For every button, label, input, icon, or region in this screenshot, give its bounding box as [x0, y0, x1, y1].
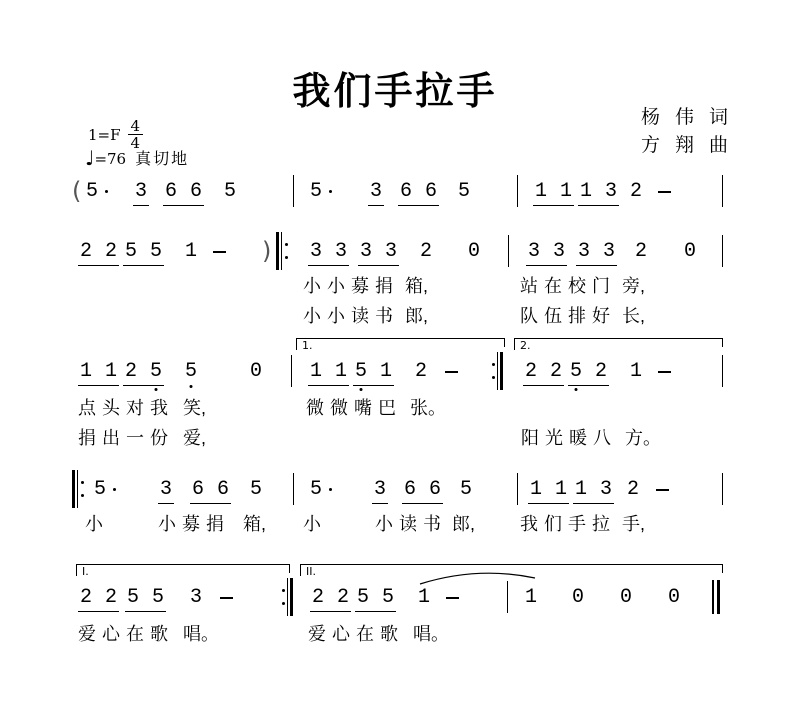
duration-dash — [656, 489, 669, 491]
lyric-text: 队伍排好 — [520, 302, 616, 328]
beam-group: 52 — [568, 360, 609, 386]
repeat-end-barline — [492, 352, 506, 390]
note: 0 — [684, 240, 696, 264]
note: 0 — [620, 586, 632, 610]
barline — [517, 175, 518, 207]
barline — [722, 355, 723, 387]
note: 5 — [382, 586, 394, 610]
parenthesis: ( — [72, 177, 81, 205]
beam-group: 25 — [123, 360, 164, 386]
beam-group: 11 — [78, 360, 119, 386]
note: 3 — [135, 180, 147, 204]
beam-group: 33 — [526, 240, 567, 266]
volta-left-tick — [514, 339, 515, 350]
volta-right-tick — [504, 339, 505, 347]
volta-left-tick — [300, 565, 301, 576]
volta-right-tick — [289, 565, 290, 573]
lyric-text: 站在校门 — [520, 272, 616, 298]
beam-group: 3 — [133, 180, 149, 206]
note: 1 — [575, 478, 587, 502]
note: 2 — [105, 586, 117, 610]
thin-bar — [497, 352, 498, 390]
beam-group: 51 — [353, 360, 394, 386]
note: 0 — [250, 360, 262, 384]
beam-group: 55 — [355, 586, 396, 612]
note: 3 — [160, 478, 172, 502]
volta-left-tick — [296, 339, 297, 350]
repeat-end-barline — [282, 578, 296, 616]
beam-group: 33 — [308, 240, 349, 266]
barline — [517, 473, 518, 505]
note: 5 — [86, 180, 98, 204]
note: 0 — [468, 240, 480, 264]
note: 6 — [190, 180, 202, 204]
key-text: 1=F — [88, 126, 121, 144]
lyric-text: 小募捐 — [158, 510, 230, 536]
note: 2 — [415, 360, 427, 384]
barline — [508, 235, 509, 267]
volta-right-tick — [722, 339, 723, 347]
note: 1 — [560, 180, 572, 204]
note: 5 — [185, 360, 197, 384]
note: 3 — [605, 180, 617, 204]
sheet-music-page: 我们手拉手 杨伟词 方翔曲 1=F 4 4 ♩ =76 真切地 (5366553… — [0, 0, 790, 706]
duration-dash — [658, 371, 671, 373]
composer-credit: 方翔曲 — [641, 130, 743, 157]
repeat-dot — [285, 256, 288, 259]
note: 6 — [404, 478, 416, 502]
beam-group: 55 — [125, 586, 166, 612]
lyric-text: 张。 — [410, 394, 446, 420]
low-octave-dot — [155, 388, 158, 391]
note: 5 — [125, 240, 137, 264]
note: 2 — [630, 180, 642, 204]
thick-bar — [717, 580, 720, 614]
note: 1 — [580, 180, 592, 204]
augmentation-dot — [329, 190, 332, 193]
low-octave-dot — [360, 388, 363, 391]
barline — [722, 235, 723, 267]
thin-bar — [281, 232, 282, 270]
volta-bracket: I. — [76, 564, 290, 577]
volta-right-tick — [722, 565, 723, 573]
lyric-text: 箱, — [243, 510, 266, 536]
duration-dash — [658, 191, 671, 193]
beam-group: 33 — [358, 240, 399, 266]
lyric-text: 箱, — [405, 272, 428, 298]
note: 2 — [312, 586, 324, 610]
thick-bar — [72, 470, 75, 508]
lyric-text: 点头对我 — [78, 394, 174, 420]
note: 3 — [603, 240, 615, 264]
beam-group: 11 — [308, 360, 349, 386]
lyric-text: 小 — [303, 510, 321, 536]
note: 6 — [192, 478, 204, 502]
augmentation-dot — [329, 488, 332, 491]
beam-group: 22 — [78, 240, 119, 266]
repeat-dot — [285, 243, 288, 246]
lyric-text: 长, — [622, 302, 645, 328]
lyric-text: 小读书 — [375, 510, 447, 536]
note: 1 — [530, 478, 542, 502]
note: 3 — [528, 240, 540, 264]
note: 2 — [525, 360, 537, 384]
barline — [507, 581, 508, 613]
volta-label: II. — [304, 565, 318, 578]
thick-bar — [276, 232, 279, 270]
beam-group: 22 — [310, 586, 351, 612]
tie-slur — [418, 566, 537, 591]
volta-bracket: 2. — [514, 338, 723, 351]
note: 5 — [150, 360, 162, 384]
note: 3 — [374, 478, 386, 502]
beam-group: 22 — [523, 360, 564, 386]
final-barline — [712, 580, 720, 614]
note: 3 — [335, 240, 347, 264]
barline — [293, 175, 294, 207]
note: 5 — [570, 360, 582, 384]
note: 5 — [127, 586, 139, 610]
note: 6 — [400, 180, 412, 204]
volta-left-tick — [76, 565, 77, 576]
note: 5 — [94, 478, 106, 502]
repeat-dot — [282, 602, 285, 605]
repeat-dot — [81, 481, 84, 484]
lyric-text: 手, — [622, 510, 645, 536]
note: 2 — [80, 586, 92, 610]
note: 6 — [429, 478, 441, 502]
lyric-text: 唱。 — [183, 620, 219, 646]
note: 2 — [105, 240, 117, 264]
beam-group: 66 — [402, 478, 443, 504]
note: 2 — [125, 360, 137, 384]
beam-group: 13 — [573, 478, 614, 504]
lyric-text: 捐出一份 — [78, 424, 174, 450]
quarter-note-icon: ♩ — [85, 146, 94, 170]
note: 1 — [418, 586, 430, 610]
note: 3 — [385, 240, 397, 264]
lyricist-credit: 杨伟词 — [641, 102, 743, 129]
duration-dash — [220, 597, 233, 599]
volta-bracket: 1. — [296, 338, 505, 351]
note: 0 — [668, 586, 680, 610]
beam-group: 22 — [78, 586, 119, 612]
note: 6 — [165, 180, 177, 204]
repeat-dot — [282, 589, 285, 592]
note: 1 — [310, 360, 322, 384]
barline — [293, 473, 294, 505]
lyric-text: 郎, — [405, 302, 428, 328]
note: 1 — [80, 360, 92, 384]
lyric-text: 郎, — [452, 510, 475, 536]
note: 1 — [525, 586, 537, 610]
beam-group: 11 — [533, 180, 574, 206]
note: 3 — [310, 240, 322, 264]
lyric-text: 爱心在歌 — [308, 620, 404, 646]
note: 5 — [460, 478, 472, 502]
note: 5 — [310, 180, 322, 204]
note: 1 — [535, 180, 547, 204]
note: 3 — [370, 180, 382, 204]
volta-label: 2. — [518, 339, 533, 352]
repeat-dot — [492, 363, 495, 366]
lyric-text: 小 — [85, 510, 103, 536]
beam-group: 33 — [576, 240, 617, 266]
duration-dash — [213, 251, 226, 253]
note: 5 — [152, 586, 164, 610]
note: 1 — [555, 478, 567, 502]
volta-label: I. — [80, 565, 91, 578]
augmentation-dot — [105, 190, 108, 193]
lyric-text: 旁, — [622, 272, 645, 298]
note: 3 — [553, 240, 565, 264]
lyric-text: 小小募捐 — [303, 272, 399, 298]
note: 5 — [250, 478, 262, 502]
note: 2 — [337, 586, 349, 610]
lyric-text: 我们手拉 — [520, 510, 616, 536]
lyric-text: 爱, — [183, 424, 206, 450]
note: 2 — [80, 240, 92, 264]
lyric-text: 方。 — [625, 424, 661, 450]
duration-dash — [446, 597, 459, 599]
note: 2 — [595, 360, 607, 384]
repeat-dot — [81, 494, 84, 497]
parenthesis: ) — [262, 237, 271, 265]
repeat-begin-barline — [72, 470, 86, 508]
beam-group: 11 — [528, 478, 569, 504]
note: 6 — [425, 180, 437, 204]
meter-numerator: 4 — [128, 118, 144, 134]
note: 1 — [380, 360, 392, 384]
note: 2 — [635, 240, 647, 264]
beam-group: 66 — [190, 478, 231, 504]
lyric-text: 小小读书 — [303, 302, 399, 328]
note: 1 — [105, 360, 117, 384]
beam-group: 66 — [398, 180, 439, 206]
note: 5 — [458, 180, 470, 204]
lyric-text: 笑, — [183, 394, 206, 420]
beam-group: 66 — [163, 180, 204, 206]
beam-group: 13 — [578, 180, 619, 206]
beam-group: 3 — [158, 478, 174, 504]
tempo-value: =76 — [94, 150, 126, 168]
repeat-begin-barline — [276, 232, 290, 270]
thick-bar — [290, 578, 293, 616]
note: 1 — [630, 360, 642, 384]
low-octave-dot — [190, 385, 193, 388]
lyric-text: 爱心在歌 — [78, 620, 174, 646]
note: 2 — [627, 478, 639, 502]
beam-group: 55 — [123, 240, 164, 266]
note: 5 — [310, 478, 322, 502]
note: 1 — [185, 240, 197, 264]
repeat-dot — [492, 376, 495, 379]
beam-group: 3 — [372, 478, 388, 504]
barline — [722, 473, 723, 505]
tempo-marking: ♩ =76 真切地 — [85, 145, 189, 169]
lyric-text: 唱。 — [413, 620, 449, 646]
augmentation-dot — [113, 488, 116, 491]
note: 2 — [420, 240, 432, 264]
note: 5 — [150, 240, 162, 264]
duration-dash — [445, 371, 458, 373]
beam-group: 3 — [368, 180, 384, 206]
barline — [722, 175, 723, 207]
note: 2 — [550, 360, 562, 384]
note: 3 — [578, 240, 590, 264]
low-octave-dot — [575, 388, 578, 391]
note: 5 — [355, 360, 367, 384]
note: 3 — [360, 240, 372, 264]
thin-bar — [712, 580, 714, 614]
thick-bar — [500, 352, 503, 390]
note: 6 — [217, 478, 229, 502]
note: 1 — [335, 360, 347, 384]
lyric-text: 阳光暖八 — [521, 424, 617, 450]
volta-label: 1. — [300, 339, 315, 352]
note: 3 — [600, 478, 612, 502]
barline — [291, 355, 292, 387]
note: 0 — [572, 586, 584, 610]
tempo-expression: 真切地 — [135, 146, 189, 169]
note: 3 — [190, 586, 202, 610]
thin-bar — [287, 578, 288, 616]
thin-bar — [77, 470, 78, 508]
note: 5 — [224, 180, 236, 204]
note: 5 — [357, 586, 369, 610]
lyric-text: 微微嘴巴 — [306, 394, 402, 420]
